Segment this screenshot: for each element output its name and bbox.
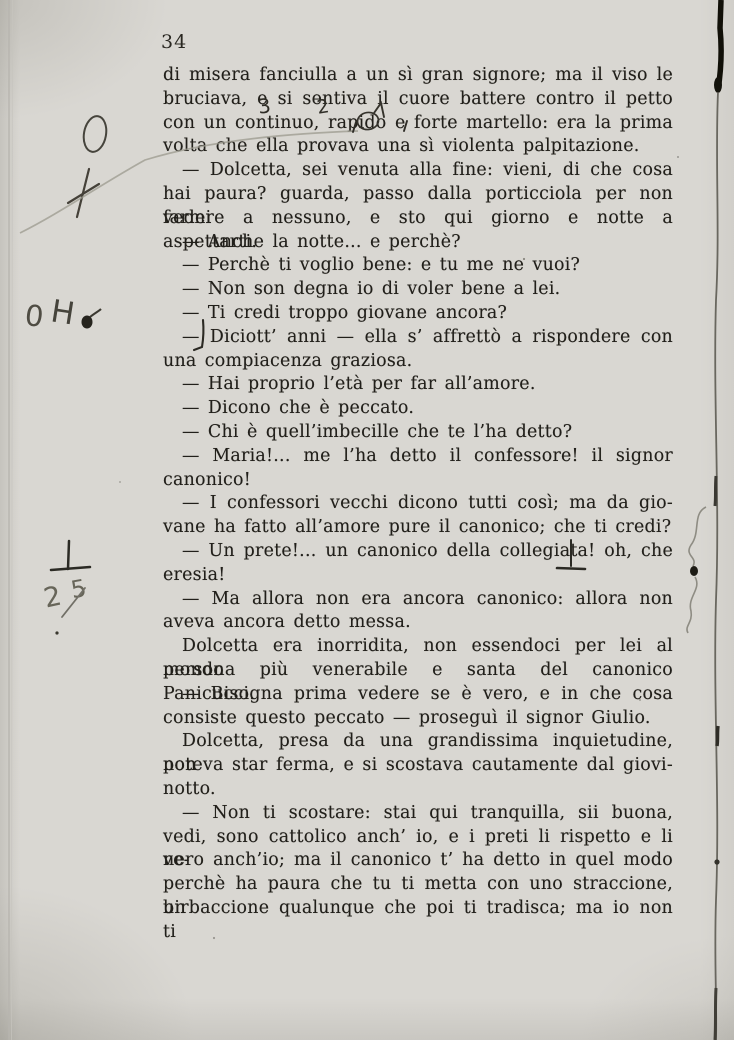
- text-line: vane ha fatto all’amore pure il canonico…: [163, 516, 673, 540]
- text-line: — Chi è quell’imbecille che te l’ha dett…: [163, 421, 673, 445]
- text-line: aveva ancora detto messa.: [163, 611, 673, 635]
- handwritten-fraction-numerator: 2: [41, 581, 64, 615]
- fraction-slash-mark: [62, 588, 85, 617]
- text-line: hai paura? guarda, passo dalla porticcio…: [163, 183, 673, 207]
- text-line: vedi, sono cattolico anch’ io, e i preti…: [163, 826, 673, 850]
- text-line: — Ti credi troppo giovane ancora?: [163, 302, 673, 326]
- text-line: perchè ha paura che tu ti metta con uno …: [163, 873, 673, 897]
- text-line: eresia!: [163, 564, 673, 588]
- text-line: Dolcetta, presa da una grandissima inqui…: [163, 730, 673, 754]
- handwritten-margin-zero: 0: [23, 298, 45, 334]
- text-line: — Un prete!... un canonico della collegi…: [163, 540, 673, 564]
- text-line: bruciava, e si sentiva il cuore battere …: [163, 88, 673, 112]
- text-line: birbaccione qualunque che poi ti tradisc…: [163, 897, 673, 921]
- text-line: — Bisogna prima vedere se è vero, e in c…: [163, 683, 673, 707]
- text-line: — Non son degna io di voler bene a lei.: [163, 278, 673, 302]
- text-line: nero anch’io; ma il canonico t’ ha detto…: [163, 849, 673, 873]
- text-line: — Ma allora non era ancora canonico: all…: [163, 588, 673, 612]
- text-line: — Dicono che è peccato.: [163, 397, 673, 421]
- text-line: consiste questo peccato — proseguì il si…: [163, 707, 673, 731]
- text-line: — Hai proprio l’età per far all’amore.: [163, 373, 673, 397]
- text-line: — Diciott’ anni — ella s’ affrettò a ris…: [163, 326, 673, 350]
- text-line: con un continuo, rapido e forte martello…: [163, 112, 673, 136]
- spine-edge-line: [714, 0, 722, 1040]
- text-line: — Non ti scostare: stai qui tranquilla, …: [163, 802, 673, 826]
- hair-squiggle-artifact: [687, 507, 706, 633]
- text-line: canonico!: [163, 469, 673, 493]
- margin-h-flourish-mark: [82, 309, 102, 329]
- margin-perpendicular-mark: [51, 541, 90, 570]
- text-line: Dolcetta era inorridita, non essendoci p…: [163, 635, 673, 659]
- margin-cross-mark: [68, 169, 99, 217]
- left-page-edge: [9, 0, 13, 1040]
- scanned-book-page: 34 di misera fanciulla a un sì gran sign…: [0, 0, 734, 1040]
- text-line: — Perchè ti voglio bene: e tu me ne vuoi…: [163, 254, 673, 278]
- handwritten-margin-letter-h: H: [48, 293, 77, 332]
- text-line: vedere a nessuno, e sto qui giorno e not…: [163, 207, 673, 231]
- text-line: poteva star ferma, e si scostava cautame…: [163, 754, 673, 778]
- text-line: di misera fanciulla a un sì gran signore…: [163, 64, 673, 88]
- body-text: di misera fanciulla a un sì gran signore…: [163, 64, 673, 921]
- text-line: una compiacenza graziosa.: [163, 350, 673, 374]
- page-number: 34: [161, 31, 187, 53]
- margin-zero-oval-mark: [81, 114, 109, 153]
- text-line: volta che ella provava una sì violenta p…: [163, 135, 673, 159]
- text-line: — I confessori vecchi dicono tutti così;…: [163, 492, 673, 516]
- text-line: — Maria!... me l’ha detto il confessore!…: [163, 445, 673, 469]
- handwritten-fraction-denominator: 5: [69, 574, 89, 604]
- text-line: — Dolcetta, sei venuta alla fine: vieni,…: [163, 159, 673, 183]
- text-line: notto.: [163, 778, 673, 802]
- text-line: persona più venerabile e santa del canon…: [163, 659, 673, 683]
- text-line: — Anche la notte... e perchè?: [163, 231, 673, 255]
